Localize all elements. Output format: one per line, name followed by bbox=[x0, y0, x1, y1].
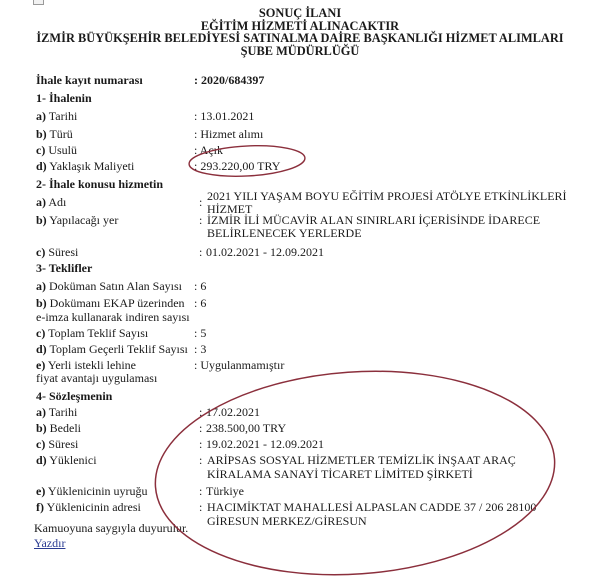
section4-title: 4- Sözleşmenin bbox=[36, 390, 112, 403]
header-institution: İZMİR BÜYÜKŞEHİR BELEDİYESİ SATINALMA DA… bbox=[0, 32, 600, 45]
contractor-address: HACIMİKTAT MAHALLESİ ALPASLAN CADDE 37 /… bbox=[207, 501, 536, 515]
broken-image-icon bbox=[33, 0, 44, 5]
print-link[interactable]: Yazdır bbox=[34, 536, 65, 551]
header-department: ŞUBE MÜDÜRLÜĞÜ bbox=[0, 45, 600, 58]
section1-title: 1- İhalenin bbox=[36, 92, 92, 105]
registration-label: İhale kayıt numarası bbox=[36, 74, 143, 88]
announcement-header: SONUÇ İLANI EĞİTİM HİZMETİ ALINACAKTIR İ… bbox=[0, 7, 600, 57]
estimated-cost-value: : 293.220,00 TRY bbox=[194, 160, 280, 174]
header-title: SONUÇ İLANI bbox=[0, 7, 600, 20]
closing-statement: Kamuoyuna saygıyla duyurulur. bbox=[34, 521, 188, 536]
contractor-name: ARİPSAS SOSYAL HİZMETLER TEMİZLİK İNŞAAT… bbox=[207, 454, 516, 468]
section3-title: 3- Teklifler bbox=[36, 262, 92, 275]
contract-amount-value: 238.500,00 TRY bbox=[206, 422, 286, 436]
section2-title: 2- İhale konusu hizmetin bbox=[36, 178, 163, 191]
registration-value: : 2020/684397 bbox=[194, 74, 264, 88]
